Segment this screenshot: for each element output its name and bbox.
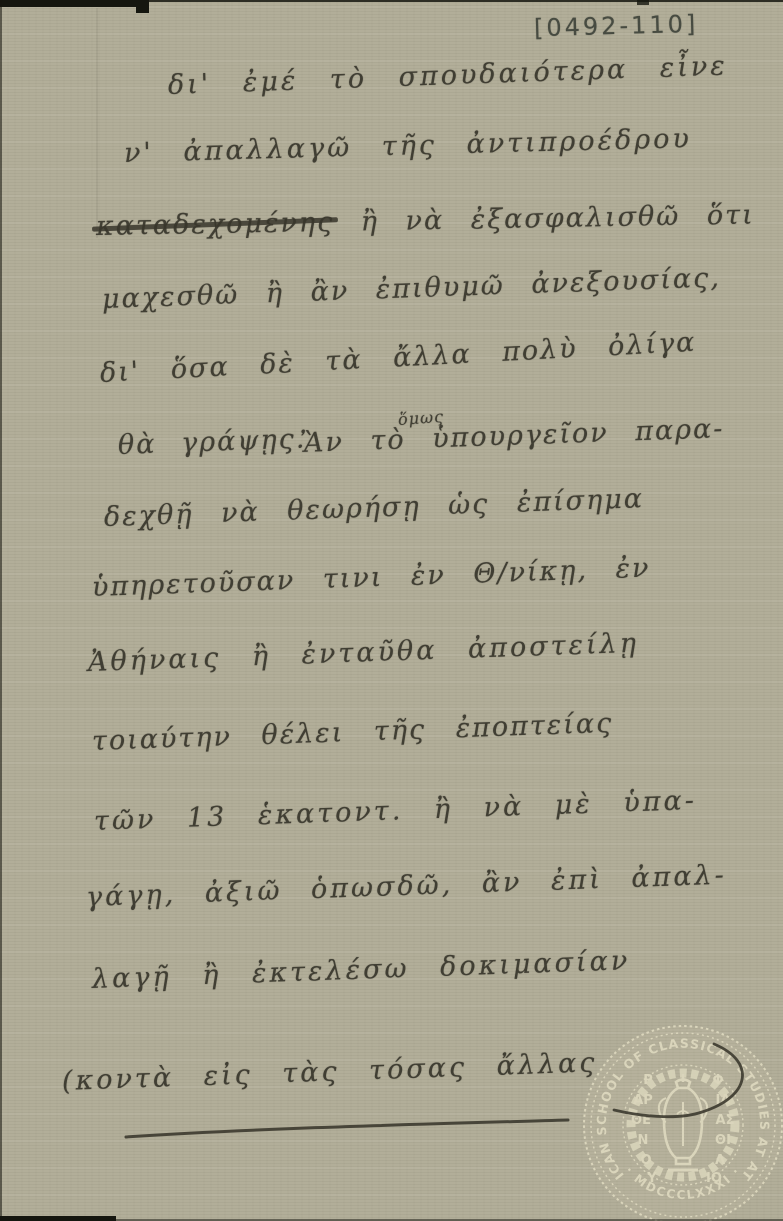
struck-word: καταδεχομένης [96,207,335,242]
handwriting-line: τῶν 13 ἑκατοντ. ἢ νὰ μὲ ὑπα- [93,785,697,837]
scan-edge-notch [136,0,149,13]
handwriting-line: θὰ γράψῃς. [117,423,306,461]
handwriting-line: λαγῇ ἢ ἐκτελέσω δοκιμασίαν [91,945,630,995]
handwriting-line: γάγῃ, ἀξιῶ ὁπωσδῶ, ἂν ἐπὶ ἀπαλ- [85,860,727,913]
handwriting-line: Ἂν τὸ ὑπουργεῖον παρα- [299,413,724,459]
scan-edge-bottom-left [0,1216,116,1221]
handwriting-line: καταδεχομένης ἢ νὰ ἐξασφαλισθῶ ὅτι [96,200,755,242]
handwriting-line: δεχθῇ νὰ θεωρήσῃ ὡς ἐπίσημα [103,483,644,533]
handwriting-line: μαχεσθῶ ἢ ἂν ἐπιθυμῶ ἀνεξουσίας, [101,262,721,315]
handwriting-body: δι' ἐμέ τὸ σπουδαιότερα εἶνεν' ἀπαλλαγῶ … [0,0,783,1221]
handwriting-line: ν' ἀπαλλαγῶ τῆς ἀντιπροέδρου [124,123,693,169]
handwriting-line: τοιαύτην θέλει τῆς ἐποπτείας [91,708,613,757]
handwriting-line: δι' ἐμέ τὸ σπουδαιότερα εἶνε [167,50,728,101]
scan-edge-top-left-band [0,0,148,7]
catalog-reference-number: [0492-110] [534,10,699,42]
scan-edge-left [0,0,2,1221]
handwriting-line: δι' ὅσα δὲ τὰ ἄλλα πολὺ ὀλίγα [99,327,697,389]
scan-edge-notch-right [637,0,649,5]
handwriting-line: ὑπηρετοῦσαν τινι ἐν Θ/νίκῃ, ἐν [91,553,650,603]
handwriting-line: Ἀθήναις ἢ ἐνταῦθα ἀποστείλῃ [87,628,639,678]
letter-scan-page: AMERICAN SCHOOL OF CLASSICAL STUDIES AT … [0,0,783,1221]
handwriting-line: (κοντὰ εἰς τὰς τόσας ἄλλας [61,1047,597,1097]
